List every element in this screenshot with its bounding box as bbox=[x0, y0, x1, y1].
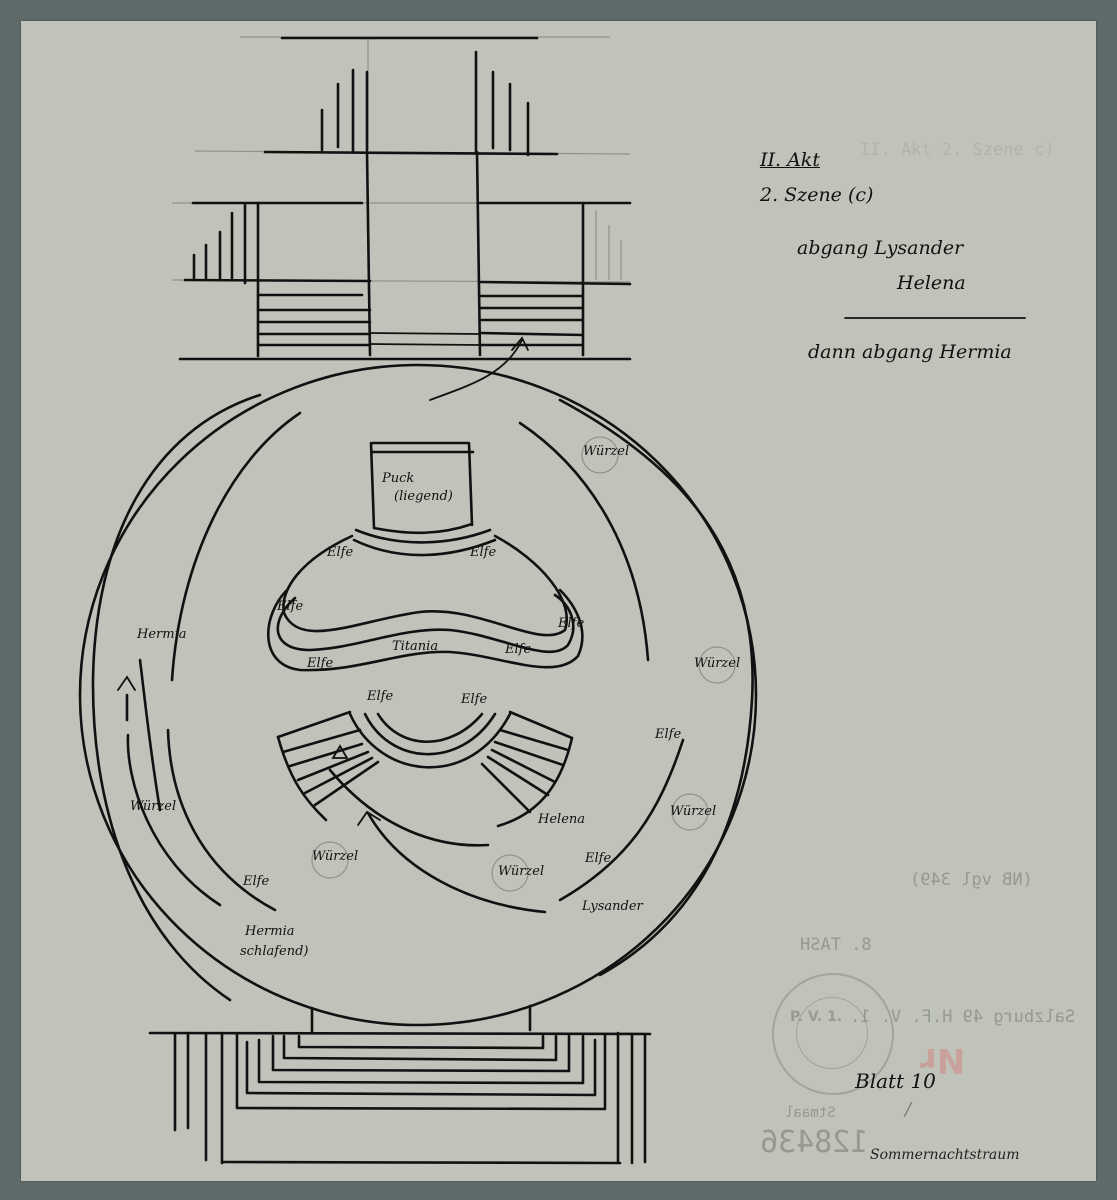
label-elfe: Elfe bbox=[470, 546, 496, 560]
label-wurzel: Würzel bbox=[694, 657, 740, 671]
label-elfe: Elfe bbox=[243, 875, 269, 889]
label-elfe: Elfe bbox=[585, 852, 611, 866]
inventory-number: 128436 bbox=[760, 1125, 868, 1160]
label-puck: Puck bbox=[382, 472, 414, 486]
label-elfe: Elfe bbox=[307, 657, 333, 671]
label-wurzel: Würzel bbox=[130, 800, 176, 814]
label-hermia: Hermia bbox=[137, 628, 186, 642]
label-hermia-sleeping-sub: schlafend) bbox=[240, 945, 309, 959]
label-wurzel: Würzel bbox=[583, 445, 629, 459]
bleed-through-note: 8. TASH bbox=[800, 935, 872, 955]
label-elfe: Elfe bbox=[277, 600, 303, 614]
pencil-scene-mark: II. Akt 2. Szene c) bbox=[860, 140, 1054, 160]
label-puck-lying: (liegend) bbox=[394, 490, 453, 504]
label-helena: Helena bbox=[538, 813, 585, 827]
bottom-steps bbox=[150, 1006, 650, 1163]
exit-lysander-note: abgang Lysander bbox=[797, 238, 963, 259]
label-wurzel: Würzel bbox=[498, 865, 544, 879]
label-hermia-sleeping: Hermia bbox=[245, 925, 294, 939]
inventory-small: Stmaal bbox=[785, 1105, 836, 1121]
label-elfe: Elfe bbox=[505, 643, 531, 657]
label-wurzel: Würzel bbox=[312, 850, 358, 864]
bleed-through-note: (NB vgl 349) bbox=[910, 870, 1033, 890]
label-elfe: Elfe bbox=[461, 693, 487, 707]
central-platform bbox=[268, 443, 582, 670]
label-elfe: Elfe bbox=[367, 690, 393, 704]
label-titania: Titania bbox=[392, 640, 438, 654]
exit-helena-note: Helena bbox=[897, 273, 966, 294]
sheet-number: Blatt 10 bbox=[855, 1070, 936, 1092]
label-lysander: Lysander bbox=[582, 900, 643, 914]
act-label: II. Akt bbox=[760, 150, 820, 171]
label-elfe: Elfe bbox=[327, 546, 353, 560]
circular-stage bbox=[80, 365, 756, 1025]
upper-architecture bbox=[172, 37, 630, 400]
lower-fan-steps bbox=[278, 712, 572, 826]
play-title: Sommernachtstraum bbox=[870, 1148, 1020, 1163]
slash-mark: / bbox=[905, 1100, 911, 1120]
label-elfe: Elfe bbox=[558, 617, 584, 631]
scene-label: 2. Szene (c) bbox=[760, 185, 873, 206]
label-elfe: Elfe bbox=[655, 728, 681, 742]
exit-hermia-note: dann abgang Hermia bbox=[808, 342, 1012, 363]
label-wurzel: Würzel bbox=[670, 805, 716, 819]
